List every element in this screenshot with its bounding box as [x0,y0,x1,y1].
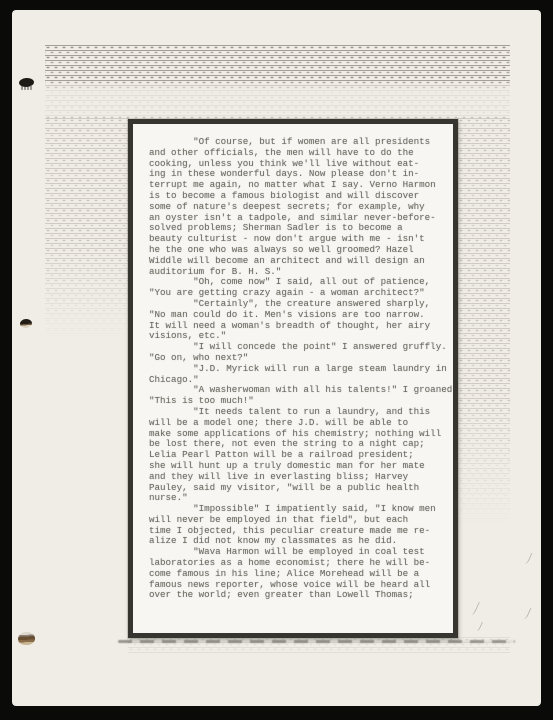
punch-hole-middle-icon [20,318,33,328]
texture-fade [458,390,510,648]
typed-paragraph: "Impossible" I impatiently said, "I know… [149,504,449,547]
typed-paragraph: "J.D. Myrick will run a large steam laun… [149,364,449,386]
typed-paragraph: "I will concede the point" I answered gr… [149,342,449,364]
pencil-mark [521,553,533,564]
scrapbook-page: "Of course, but if women are all preside… [12,10,541,706]
typed-paragraph: "Certainly", the creature answered sharp… [149,299,449,342]
photo-mount: "Of course, but if women are all preside… [0,0,553,720]
typed-paragraph: "Oh, come now" I said, all out of patien… [149,277,449,299]
photocopy-smudge-line [118,640,515,643]
typed-paragraph: "Of course, but if women are all preside… [149,137,449,277]
typed-paragraph: "It needs talent to run a laundry, and t… [149,407,449,504]
woven-texture-top-dense [45,45,510,85]
pencil-mark [520,608,532,619]
woven-texture-right [458,118,510,648]
typed-text-block: "Of course, but if women are all preside… [133,124,453,633]
punch-hole-bottom-icon [18,632,36,646]
woven-texture-left [45,118,129,358]
typed-clipping-frame: "Of course, but if women are all preside… [128,119,458,638]
punch-hole-top-icon [19,77,35,87]
texture-faded-band [45,90,510,116]
typed-paragraph: "Wava Harmon will be employed in coal te… [149,547,449,601]
typed-paragraph: "A washerwoman with all his talents!" I … [149,385,449,407]
texture-fade [45,248,129,358]
